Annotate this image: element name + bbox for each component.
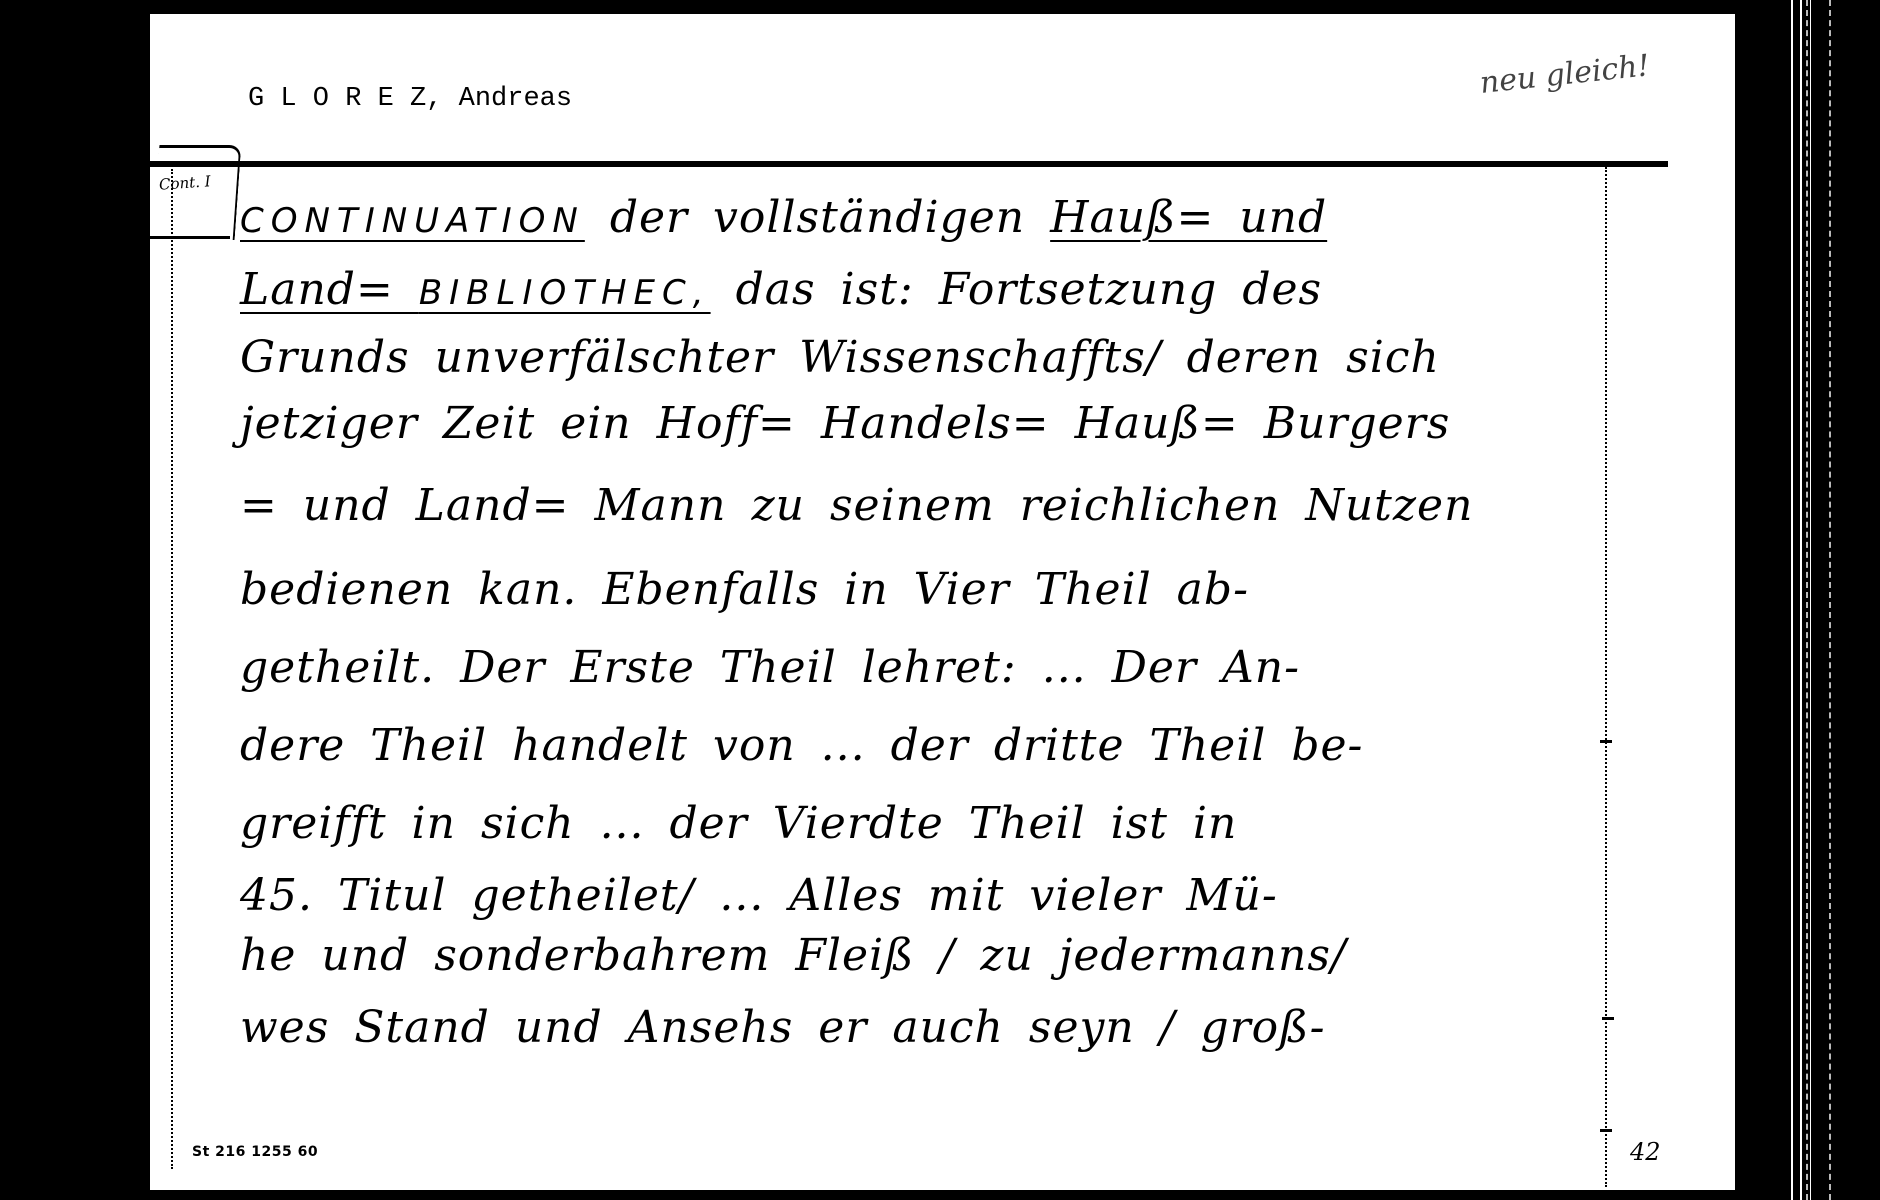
line-text-segment: wes Stand und Ansehs er auch seyn / groß… [240, 1002, 1325, 1053]
right-margin-line [1605, 167, 1607, 1187]
header-rule [150, 161, 1668, 167]
scan-edge-line [1791, 0, 1793, 1200]
handwritten-line: jetziger Zeit ein Hoff= Handels= Hauß= B… [240, 398, 1450, 449]
handwritten-line: Grunds unverfälschter Wissenschaffts/ de… [240, 332, 1440, 383]
line-text-segment: jetziger Zeit ein Hoff= Handels= Hauß= B… [240, 398, 1450, 449]
handwritten-line: greifft in sich ... der Vierdte Theil is… [240, 798, 1237, 849]
tab-box-bottom-line [150, 236, 230, 239]
left-margin-line [171, 169, 173, 1169]
handwritten-line: getheilt. Der Erste Theil lehret: ... De… [240, 642, 1300, 693]
document-viewer: G L O R E Z, Andreas neu gleich! Cont. I… [0, 0, 1880, 1200]
handwritten-line: 45. Titul getheilet/ ... Alles mit viele… [240, 870, 1278, 921]
scan-edge-line [1810, 0, 1811, 1200]
line-text-segment: he und sonderbahrem Fleiß / zu jedermann… [240, 930, 1347, 981]
handwritten-line: he und sonderbahrem Fleiß / zu jedermann… [240, 930, 1347, 981]
page-number: 42 [1630, 1138, 1661, 1166]
handwritten-line: bedienen kan. Ebenfalls in Vier Theil ab… [240, 564, 1249, 615]
scan-edge-noise [1806, 0, 1808, 1200]
handwritten-line: wes Stand und Ansehs er auch seyn / groß… [240, 1002, 1325, 1053]
hyphen-mark [1600, 1129, 1612, 1132]
margin-annotation: neu gleich! [1478, 48, 1651, 101]
handwritten-line: = und Land= Mann zu seinem reichlichen N… [240, 480, 1473, 531]
footer-code: St 216 1255 60 [192, 1144, 318, 1160]
tab-label: Cont. I [158, 172, 211, 194]
scan-edge-noise [1829, 0, 1831, 1200]
line-text-segment: Hauß= und [1050, 192, 1327, 243]
line-text-segment: = und Land= Mann zu seinem reichlichen N… [240, 480, 1473, 531]
line-text-segment: getheilt. Der Erste Theil lehret: ... De… [240, 642, 1300, 693]
author-name-heading: G L O R E Z, Andreas [248, 84, 572, 114]
line-text-segment: dere Theil handelt von ... der dritte Th… [240, 720, 1363, 771]
line-text-segment: CONTINUATION [240, 201, 585, 241]
line-text-segment: Grunds unverfälschter Wissenschaffts/ de… [240, 332, 1440, 383]
handwritten-line: dere Theil handelt von ... der dritte Th… [240, 720, 1363, 771]
hyphen-mark [1600, 740, 1612, 743]
handwritten-line: CONTINUATION der vollständigen Hauß= und [240, 192, 1327, 243]
line-text-segment: 45. Titul getheilet/ ... Alles mit viele… [240, 870, 1278, 921]
hyphen-mark [1602, 1017, 1614, 1020]
line-text-segment: das ist: Fortsetzung des [711, 264, 1323, 315]
scanned-index-card: G L O R E Z, Andreas neu gleich! Cont. I… [150, 14, 1735, 1190]
line-text-segment: Land= BIBLIOTHEC, [240, 264, 711, 315]
handwritten-line: Land= BIBLIOTHEC, das ist: Fortsetzung d… [240, 264, 1322, 315]
scan-edge-line [1800, 0, 1802, 1200]
line-text-segment: der vollständigen [585, 192, 1050, 243]
line-text-segment: greifft in sich ... der Vierdte Theil is… [240, 798, 1237, 849]
line-text-segment: bedienen kan. Ebenfalls in Vier Theil ab… [240, 564, 1249, 615]
